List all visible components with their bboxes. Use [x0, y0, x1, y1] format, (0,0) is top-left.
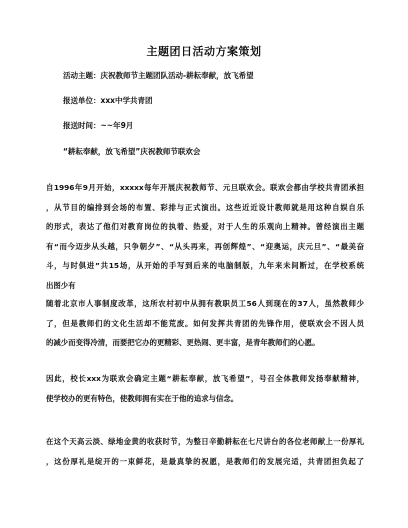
- paragraph-line: 了，但是教师们的文化生活却不能荒废。如何发挥共青团的先锋作用，使联欢会不因人员: [46, 314, 364, 334]
- paragraph-theme-decision: 因此，校长xxx为联欢会确定主题“耕耘奉献，放飞希望”，号召全体教师发扬奉献精神…: [46, 369, 364, 408]
- meta-value: “耕耘奉献，放飞希望”庆祝教师节联欢会: [63, 147, 200, 156]
- document-page: 主题团日活动方案策划 活动主题：庆祝教师节主题团队活动-耕耘奉献，放飞希望 报送…: [0, 0, 408, 528]
- paragraph-line: ，从节目的编排到会场的布置、彩排与正式演出。这些近近设计教师就是用这种自娱自乐: [46, 198, 364, 218]
- paragraph-line: 的减少而变得冷清，而要把它办的更精彩、更热闹、更丰富，是青年教师们的心愿。: [46, 333, 364, 353]
- paragraph-line: 斗，与时俱进”共15场，从开始的手写到后来的电脑制版，九年来未间断过，在学校系统: [46, 256, 364, 276]
- paragraph-history: 自1996年9月开始，xxxxx每年开展庆祝教师节、元旦联欢会。联欢会都由学校共…: [46, 178, 364, 295]
- meta-label: 活动主题：: [63, 71, 101, 80]
- meta-activity-theme: 活动主题：庆祝教师节主题团队活动-耕耘奉献，放飞希望: [63, 70, 254, 82]
- paragraph-reform: 随着北京市人事制度改革，这所农村初中从拥有教职员工56人到现在的37人，虽然教师…: [46, 294, 364, 353]
- meta-event-name: “耕耘奉献，放飞希望”庆祝教师节联欢会: [63, 146, 200, 158]
- meta-value: xxx中学共青团: [101, 96, 153, 105]
- paragraph-line: 自1996年9月开始，xxxxx每年开展庆祝教师节、元旦联欢会。联欢会都由学校共…: [46, 178, 364, 198]
- paragraph-line: 使学校办的更有特色，使教师拥有实在于他的追求与信念。: [46, 389, 364, 409]
- paragraph-line: 在这个天高云淡、绿地金黄的收获时节，为整日辛勤耕耘在七尺讲台的各位老师献上一份厚…: [46, 432, 364, 452]
- paragraph-harvest-season: 在这个天高云淡、绿地金黄的收获时节，为整日辛勤耕耘在七尺讲台的各位老师献上一份厚…: [46, 432, 364, 471]
- meta-submitting-unit: 报送单位：xxx中学共青团: [63, 95, 153, 107]
- paragraph-line: 因此，校长xxx为联欢会确定主题“耕耘奉献，放飞希望”，号召全体教师发扬奉献精神…: [46, 369, 364, 389]
- meta-label: 报送时间：: [63, 121, 101, 130]
- paragraph-line: 出图少有: [46, 276, 364, 296]
- paragraph-line: 有“而今迈步从头越，只争朝夕”、“从头再来，再创辉煌”、“迎奥运，庆元旦”、“最…: [46, 237, 364, 257]
- meta-submitting-time: 报送时间：~~年9月: [63, 120, 133, 132]
- meta-value: 庆祝教师节主题团队活动-耕耘奉献，放飞希望: [101, 71, 254, 80]
- paragraph-line: 随着北京市人事制度改革，这所农村初中从拥有教职员工56人到现在的37人，虽然教师…: [46, 294, 364, 314]
- meta-label: 报送单位：: [63, 96, 101, 105]
- meta-value: ~~年9月: [101, 121, 134, 130]
- document-title: 主题团日活动方案策划: [0, 44, 408, 60]
- paragraph-line: ，这份厚礼是绽开的一束鲜花，是最真挚的祝愿，是教师们的发展完适，共青团担负起了: [46, 452, 364, 472]
- paragraph-line: 的形式，表达了他们对教育岗位的执着、热爱，对于人生的乐观向上精神。曾经演出主题: [46, 217, 364, 237]
